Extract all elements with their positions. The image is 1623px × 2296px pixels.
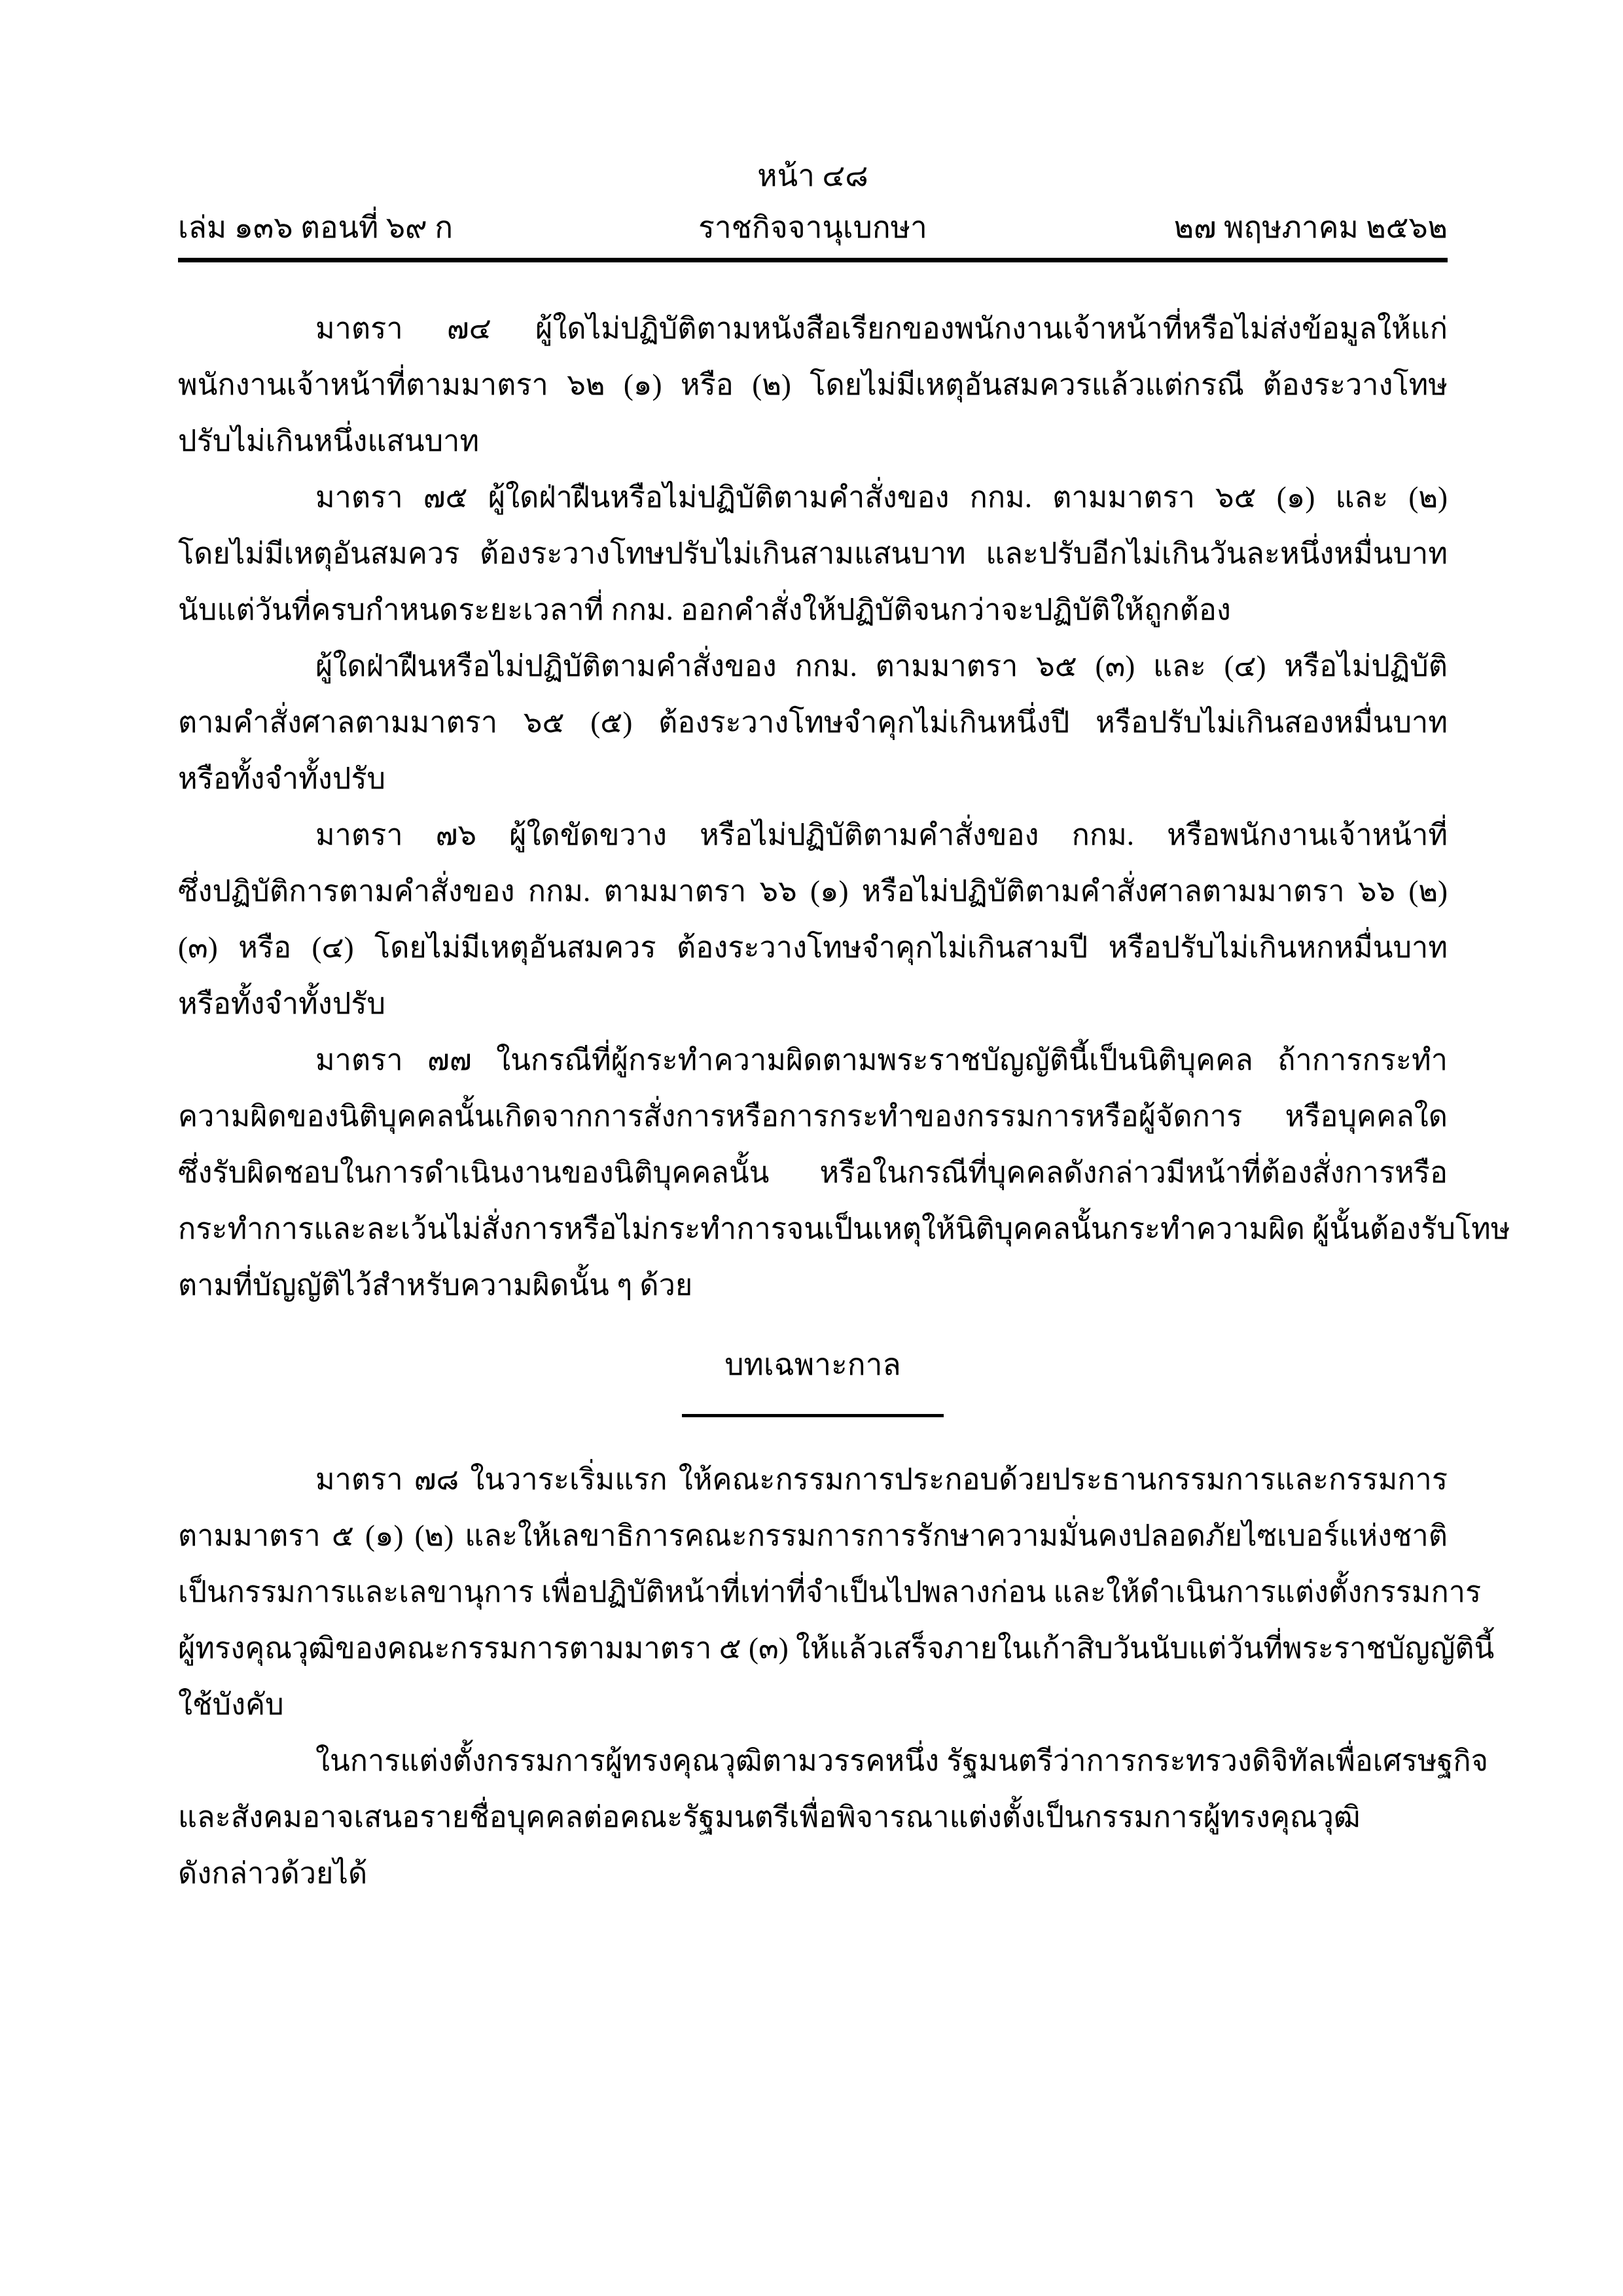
legal-paragraph: ในการแต่งตั้งกรรมการผู้ทรงคุณวุฒิตามวรรค…: [178, 1733, 1448, 1901]
gazette-title: ราชกิจจานุเบกษา: [698, 207, 927, 249]
legal-paragraph: ผู้ใดฝ่าฝืนหรือไม่ปฏิบัติตามคำสั่งของ กก…: [178, 638, 1448, 807]
legal-paragraph: มาตรา ๗๘ ในวาระเริ่มแรก ให้คณะกรรมการประ…: [178, 1451, 1448, 1733]
legal-paragraph: มาตรา ๗๗ ในกรณีที่ผู้กระทำความผิดตามพระร…: [178, 1032, 1448, 1313]
text-line: ใช้บังคับ: [178, 1676, 1448, 1733]
legal-paragraph: มาตรา ๗๖ ผู้ใดขัดขวาง หรือไม่ปฏิบัติตามค…: [178, 807, 1448, 1032]
text-line: ผู้ทรงคุณวุฒิของคณะกรรมการตามมาตรา ๕ (๓)…: [178, 1620, 1448, 1676]
text-line: มาตรา ๗๘ ในวาระเริ่มแรก ให้คณะกรรมการประ…: [178, 1451, 1448, 1508]
text-line: กระทำการและละเว้นไม่สั่งการหรือไม่กระทำก…: [178, 1201, 1448, 1257]
text-line: มาตรา ๗๕ ผู้ใดฝ่าฝืนหรือไม่ปฏิบัติตามคำส…: [178, 469, 1448, 525]
text-line: ผู้ใดฝ่าฝืนหรือไม่ปฏิบัติตามคำสั่งของ กก…: [178, 638, 1448, 694]
text-line: มาตรา ๗๗ ในกรณีที่ผู้กระทำความผิดตามพระร…: [178, 1032, 1448, 1088]
text-line: ปรับไม่เกินหนึ่งแสนบาท: [178, 413, 1448, 469]
text-line: หรือทั้งจำทั้งปรับ: [178, 976, 1448, 1032]
text-line: ในการแต่งตั้งกรรมการผู้ทรงคุณวุฒิตามวรรค…: [178, 1733, 1448, 1789]
text-line: ตามที่บัญญัติไว้สำหรับความผิดนั้น ๆ ด้วย: [178, 1257, 1448, 1313]
text-line: และสังคมอาจเสนอรายชื่อบุคคลต่อคณะรัฐมนตร…: [178, 1789, 1448, 1845]
text-line: ซึ่งปฏิบัติการตามคำสั่งของ กกม. ตามมาตรา…: [178, 863, 1448, 919]
text-line: นับแต่วันที่ครบกำหนดระยะเวลาที่ กกม. ออก…: [178, 582, 1448, 638]
text-line: เป็นกรรมการและเลขานุการ เพื่อปฏิบัติหน้า…: [178, 1564, 1448, 1620]
legal-paragraph: มาตรา ๗๕ ผู้ใดฝ่าฝืนหรือไม่ปฏิบัติตามคำส…: [178, 469, 1448, 638]
gazette-page: หน้า ๔๘ เล่ม ๑๓๖ ตอนที่ ๖๙ ก ราชกิจจานุเ…: [0, 0, 1623, 2296]
text-line: โดยไม่มีเหตุอันสมควร ต้องระวางโทษปรับไม่…: [178, 525, 1448, 582]
text-line: มาตรา ๗๖ ผู้ใดขัดขวาง หรือไม่ปฏิบัติตามค…: [178, 807, 1448, 863]
text-line: ตามคำสั่งศาลตามมาตรา ๖๕ (๕) ต้องระวางโทษ…: [178, 694, 1448, 751]
section-heading: บทเฉพาะกาล: [178, 1342, 1448, 1388]
date-label: ๒๗ พฤษภาคม ๒๕๖๒: [927, 207, 1448, 249]
text-line: พนักงานเจ้าหน้าที่ตามมาตรา ๖๒ (๑) หรือ (…: [178, 357, 1448, 413]
text-line: ความผิดของนิติบุคคลนั้นเกิดจากการสั่งการ…: [178, 1088, 1448, 1144]
text-line: ซึ่งรับผิดชอบในการดำเนินงานของนิติบุคคลน…: [178, 1144, 1448, 1201]
text-line: มาตรา ๗๔ ผู้ใดไม่ปฏิบัติตามหนังสือเรียกข…: [178, 300, 1448, 357]
legal-text-body: มาตรา ๗๔ ผู้ใดไม่ปฏิบัติตามหนังสือเรียกข…: [178, 300, 1448, 1901]
text-line: ดังกล่าวด้วยได้: [178, 1845, 1448, 1901]
section-divider: [682, 1414, 944, 1417]
text-line: (๓) หรือ (๔) โดยไม่มีเหตุอันสมควร ต้องระ…: [178, 919, 1448, 976]
header-rule: [178, 258, 1448, 262]
text-line: หรือทั้งจำทั้งปรับ: [178, 751, 1448, 807]
gazette-header: เล่ม ๑๓๖ ตอนที่ ๖๙ ก ราชกิจจานุเบกษา ๒๗ …: [178, 207, 1448, 249]
page-number-label: หน้า ๔๘: [178, 156, 1448, 196]
text-line: ตามมาตรา ๕ (๑) (๒) และให้เลขาธิการคณะกรร…: [178, 1508, 1448, 1564]
volume-label: เล่ม ๑๓๖ ตอนที่ ๖๙ ก: [178, 207, 698, 249]
legal-paragraph: มาตรา ๗๔ ผู้ใดไม่ปฏิบัติตามหนังสือเรียกข…: [178, 300, 1448, 469]
